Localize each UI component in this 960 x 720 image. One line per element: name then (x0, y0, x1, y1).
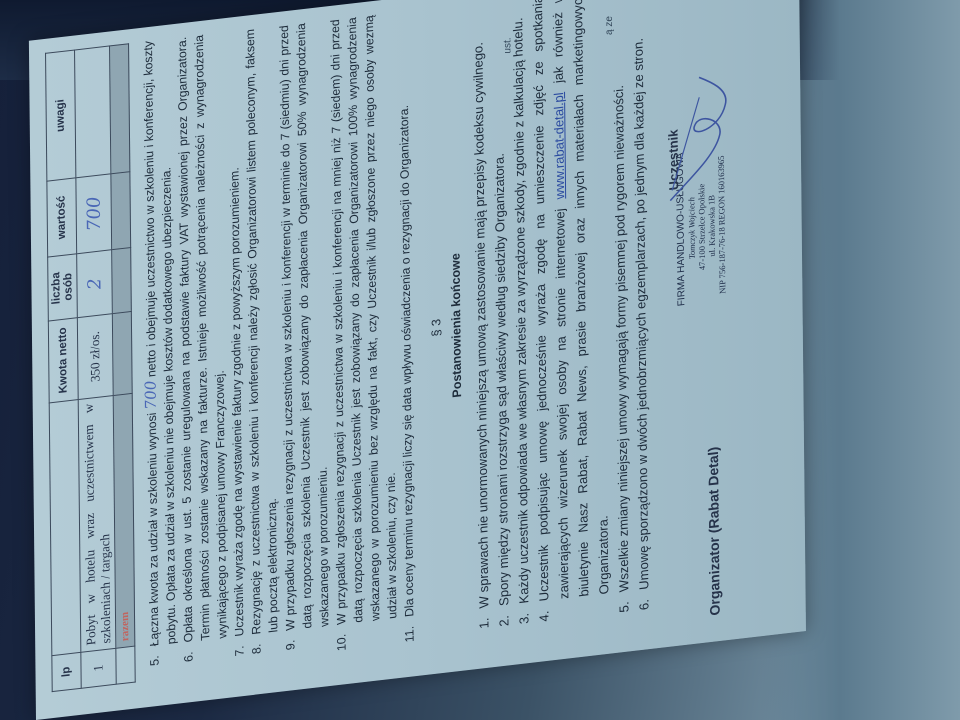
section-number: § 3 (426, 7, 447, 648)
edge-fragment: ust. (503, 37, 514, 53)
cell-total-qty (112, 248, 132, 314)
organizer-signature-label: Organizator (Rabat Detal) (705, 446, 723, 616)
edge-fragment: ą ze (604, 16, 615, 35)
payment-clauses-list: Łączna kwota za udział w szkoleniu wynos… (139, 11, 419, 682)
price-table: lp Kwota netto liczba osób wartość uwagi… (45, 43, 136, 692)
final-provisions-list: W sprawach nie unormowanych niniejszą um… (468, 0, 655, 643)
header-persons: liczba osób (48, 254, 78, 321)
paper-sheet: lp Kwota netto liczba osób wartość uwagi… (29, 0, 806, 720)
total-label: razem (113, 393, 135, 648)
website-link[interactable]: www.rabat-detal.pl (551, 92, 567, 201)
clause-6: Opłata określona w ust. 5 zostanie uregu… (174, 32, 231, 649)
page-content: lp Kwota netto liczba osób wartość uwagi… (45, 0, 761, 692)
cell-total-notes (110, 44, 130, 174)
cell-lp: 1 (81, 648, 116, 688)
handwritten-amount: 700 (142, 380, 160, 411)
cell-price: 350 zł/os. (77, 314, 113, 400)
clause-9: W przypadku zgłoszenia rezygnacji z ucze… (276, 20, 333, 637)
handwritten-signature-icon (659, 63, 741, 222)
header-net-amount: Kwota netto (48, 318, 78, 403)
cell-total-value (111, 171, 131, 249)
header-notes: uwagi (46, 50, 76, 181)
header-description (49, 399, 81, 655)
clause-text: Łączna kwota za udział w szkoleniu wynos… (145, 408, 161, 647)
final-clause-4: Uczestnik podpisując umowę jednocześnie … (528, 0, 614, 608)
cell-total-empty (116, 646, 135, 685)
header-value: wartość (47, 178, 77, 257)
clause-10: W przypadku zgłoszenia rezygnacji z ucze… (327, 12, 401, 631)
header-lp: lp (52, 652, 81, 692)
signature-area: Organizator (Rabat Detal) FIRMA HANDLOWO… (664, 0, 761, 621)
cell-description: Pobyt w hotelu wraz uczestnictwem w szko… (78, 395, 116, 652)
cell-notes (75, 46, 111, 178)
cell-quantity-handwritten: 2 (77, 250, 113, 318)
photographed-document: lp Kwota netto liczba osób wartość uwagi… (29, 0, 840, 720)
section-title: Postanowienia końcowe (446, 5, 467, 646)
cell-value-handwritten: 700 (76, 174, 112, 254)
cell-total-price (112, 312, 132, 396)
